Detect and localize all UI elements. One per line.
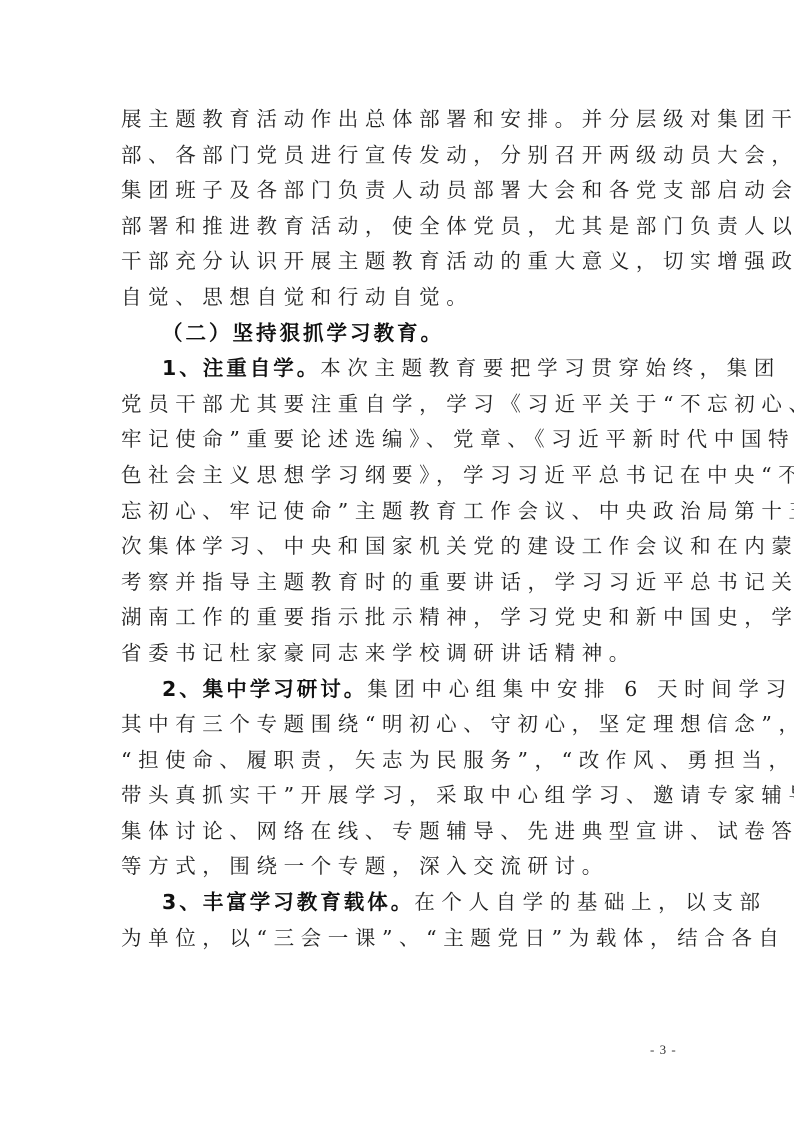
text-line: 干部充分认识开展主题教育活动的重大意义，切实增强政治 [121,244,673,280]
page-number: - 3 - [650,1042,677,1058]
text-line: 集团班子及各部门负责人动员部署大会和各党支部启动会， [121,173,673,209]
text-line: 部、各部门党员进行宣传发动，分别召开两级动员大会，即 [121,138,673,174]
paragraph-continuation: 展主题教育活动作出总体部署和安排。并分层级对集团干 部、各部门党员进行宣传发动，… [121,102,673,316]
item-title: 2、集中学习研讨。 [162,677,367,701]
text-line: 省委书记杜家豪同志来学校调研讲话精神。 [121,636,673,672]
text-line: 部署和推进教育活动，使全体党员，尤其是部门负责人以上 [121,209,673,245]
text-line: 为单位，以“三会一课”、“主题党日”为载体，结合各自 [121,921,673,957]
item-title: 1、注重自学。 [162,356,320,380]
item-text: 集团中心组集中安排 6 天时间学习， [367,677,794,701]
document-body: 展主题教育活动作出总体部署和安排。并分层级对集团干 部、各部门党员进行宣传发动，… [121,102,673,956]
text-line: 次集体学习、中央和国家机关党的建设工作会议和在内蒙古 [121,529,673,565]
item-text: 本次主题教育要把学习贯穿始终，集团 [320,356,781,380]
item-text: 在个人自学的基础上，以支部 [414,890,766,914]
item-first-line: 2、集中学习研讨。集团中心组集中安排 6 天时间学习， [121,672,673,708]
text-line: 湖南工作的重要指示批示精神，学习党史和新中国史，学习 [121,600,673,636]
text-line: 集体讨论、网络在线、专题辅导、先进典型宣讲、试卷答题 [121,814,673,850]
paragraph-item-1: 1、注重自学。本次主题教育要把学习贯穿始终，集团 党员干部尤其要注重自学，学习《… [121,351,673,671]
section-heading: （二）坚持狠抓学习教育。 [121,316,673,352]
item-first-line: 3、丰富学习教育载体。在个人自学的基础上，以支部 [121,885,673,921]
text-line: 党员干部尤其要注重自学，学习《习近平关于“不忘初心、 [121,387,673,423]
paragraph-item-3: 3、丰富学习教育载体。在个人自学的基础上，以支部 为单位，以“三会一课”、“主题… [121,885,673,956]
item-first-line: 1、注重自学。本次主题教育要把学习贯穿始终，集团 [121,351,673,387]
text-line: 带头真抓实干”开展学习，采取中心组学习、邀请专家辅导、 [121,778,673,814]
item-title: 3、丰富学习教育载体。 [162,890,414,914]
text-line: 牢记使命”重要论述选编》、党章、《习近平新时代中国特 [121,422,673,458]
text-line: 考察并指导主题教育时的重要讲话，学习习近平总书记关于 [121,565,673,601]
text-line: 色社会主义思想学习纲要》，学习习近平总书记在中央“不 [121,458,673,494]
text-line: “担使命、履职责，矢志为民服务”，“改作风、勇担当， [121,743,673,779]
section-heading-text: （二）坚持狠抓学习教育。 [162,321,444,345]
text-line: 忘初心、牢记使命”主题教育工作会议、中央政治局第十五 [121,494,673,530]
text-line: 自觉、思想自觉和行动自觉。 [121,280,673,316]
paragraph-item-2: 2、集中学习研讨。集团中心组集中安排 6 天时间学习， 其中有三个专题围绕“明初… [121,672,673,886]
text-line: 其中有三个专题围绕“明初心、守初心，坚定理想信念”， [121,707,673,743]
text-line: 等方式，围绕一个专题，深入交流研讨。 [121,849,673,885]
document-page: 展主题教育活动作出总体部署和安排。并分层级对集团干 部、各部门党员进行宣传发动，… [0,0,794,1123]
text-line: 展主题教育活动作出总体部署和安排。并分层级对集团干 [121,102,673,138]
